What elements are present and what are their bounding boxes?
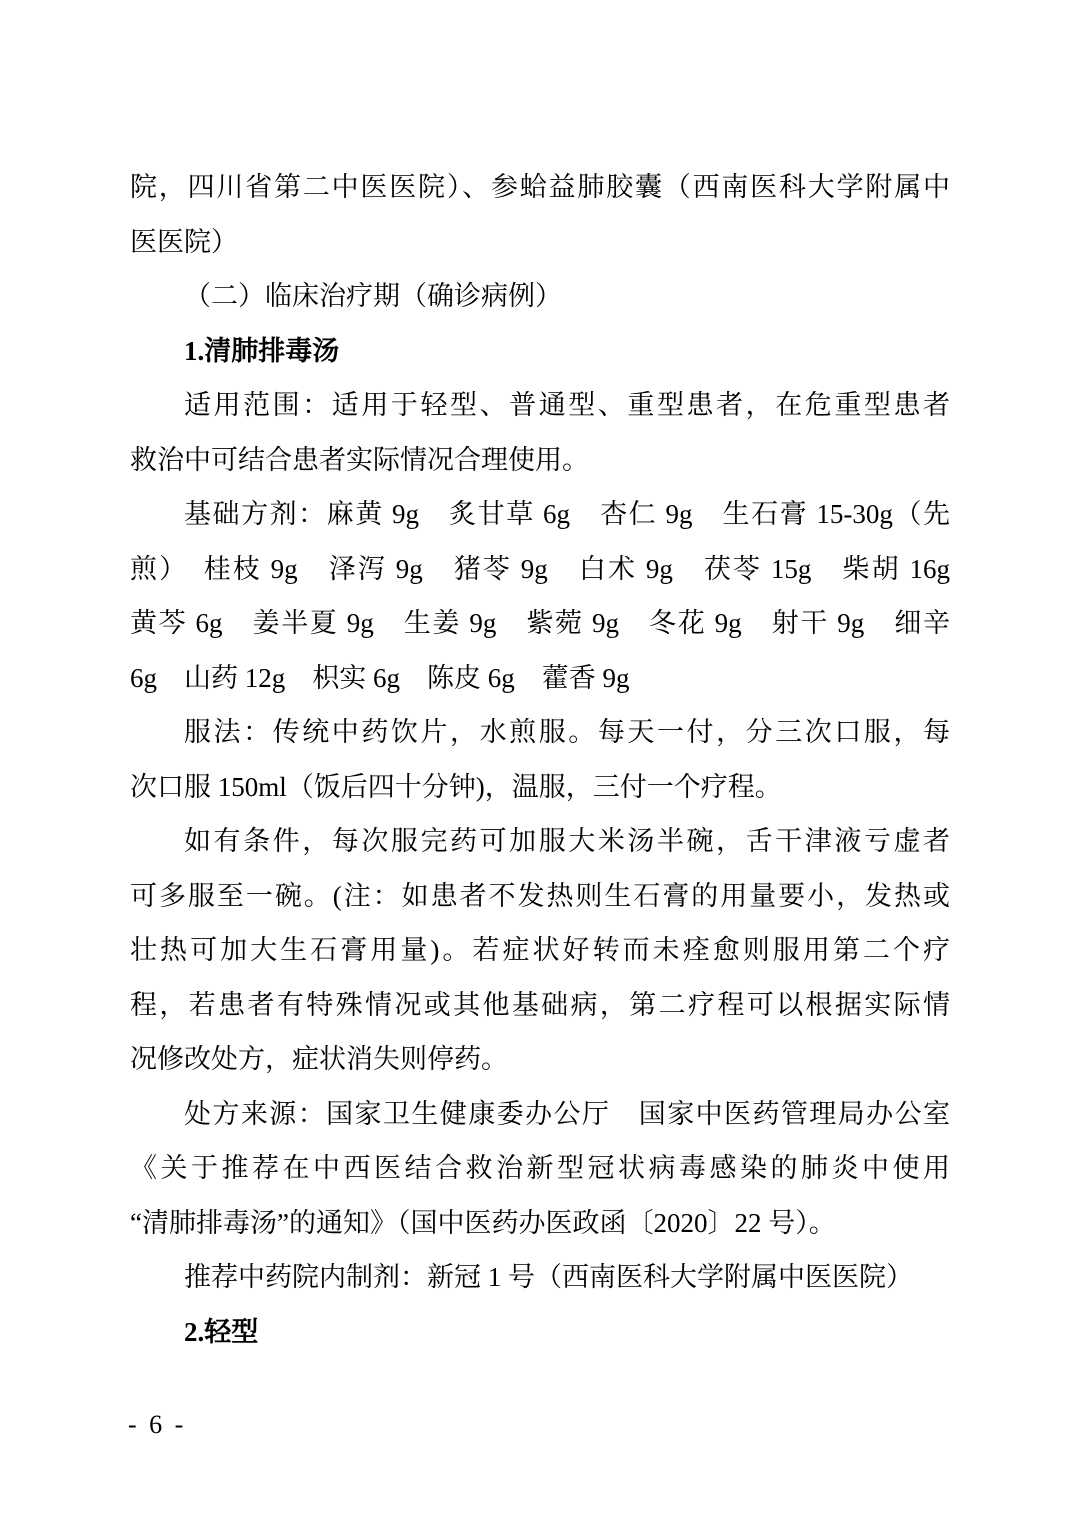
paragraph: （二）临床治疗期（确诊病例） [130, 269, 950, 324]
text-line: 院，四川省第二中医医院）、参蛤益肺胶囊（西南医科大学附属中 [130, 160, 950, 215]
text-line: 服法：传统中药饮片，水煎服。每天一付，分三次口服，每 [130, 705, 950, 760]
text-line: 救治中可结合患者实际情况合理使用。 [130, 433, 950, 488]
text-line: 基础方剂：麻黄 9g 炙甘草 6g 杏仁 9g 生石膏 15-30g（先 [130, 487, 950, 542]
paragraph: 推荐中药院内制剂：新冠 1 号（西南医科大学附属中医医院） [130, 1250, 950, 1305]
document-page: 院，四川省第二中医医院）、参蛤益肺胶囊（西南医科大学附属中医医院）（二）临床治疗… [0, 0, 1080, 1528]
text-line: 次口服 150ml（饭后四十分钟)，温服，三付一个疗程。 [130, 760, 950, 815]
paragraph: 服法：传统中药饮片，水煎服。每天一付，分三次口服，每次口服 150ml（饭后四十… [130, 705, 950, 814]
page-number: - 6 - [128, 1405, 186, 1445]
paragraph: 适用范围：适用于轻型、普通型、重型患者，在危重型患者救治中可结合患者实际情况合理… [130, 378, 950, 487]
text-line: 《关于推荐在中西医结合救治新型冠状病毒感染的肺炎中使用 [130, 1141, 950, 1196]
paragraph: 基础方剂：麻黄 9g 炙甘草 6g 杏仁 9g 生石膏 15-30g（先煎） 桂… [130, 487, 950, 705]
text-line: 推荐中药院内制剂：新冠 1 号（西南医科大学附属中医医院） [130, 1250, 950, 1305]
text-line: 处方来源：国家卫生健康委办公厅 国家中医药管理局办公室 [130, 1087, 950, 1142]
paragraph: 如有条件，每次服完药可加服大米汤半碗，舌干津液亏虚者可多服至一碗。(注：如患者不… [130, 814, 950, 1087]
paragraph: 院，四川省第二中医医院）、参蛤益肺胶囊（西南医科大学附属中医医院） [130, 160, 950, 269]
text-line: 适用范围：适用于轻型、普通型、重型患者，在危重型患者 [130, 378, 950, 433]
text-line: 况修改处方，症状消失则停药。 [130, 1032, 950, 1087]
paragraph: 处方来源：国家卫生健康委办公厅 国家中医药管理局办公室《关于推荐在中西医结合救治… [130, 1087, 950, 1251]
text-line: “清肺排毒汤”的通知》（国中医药办医政函〔2020〕22 号）。 [130, 1196, 950, 1251]
text-line: 煎） 桂枝 9g 泽泻 9g 猪苓 9g 白术 9g 茯苓 15g 柴胡 16g [130, 542, 950, 597]
section-heading: 1.清肺排毒汤 [130, 324, 950, 379]
text-line: 壮热可加大生石膏用量)。若症状好转而未痊愈则服用第二个疗 [130, 923, 950, 978]
text-line: 6g 山药 12g 枳实 6g 陈皮 6g 藿香 9g [130, 651, 950, 706]
text-line: （二）临床治疗期（确诊病例） [130, 269, 950, 324]
text-line: 2.轻型 [130, 1305, 950, 1360]
document-body: 院，四川省第二中医医院）、参蛤益肺胶囊（西南医科大学附属中医医院）（二）临床治疗… [130, 160, 950, 1359]
text-line: 如有条件，每次服完药可加服大米汤半碗，舌干津液亏虚者 [130, 814, 950, 869]
section-heading: 2.轻型 [130, 1305, 950, 1360]
text-line: 可多服至一碗。(注：如患者不发热则生石膏的用量要小，发热或 [130, 869, 950, 924]
text-line: 程，若患者有特殊情况或其他基础病，第二疗程可以根据实际情 [130, 978, 950, 1033]
text-line: 黄芩 6g 姜半夏 9g 生姜 9g 紫菀 9g 冬花 9g 射干 9g 细辛 [130, 596, 950, 651]
text-line: 1.清肺排毒汤 [130, 324, 950, 379]
text-line: 医医院） [130, 215, 950, 270]
